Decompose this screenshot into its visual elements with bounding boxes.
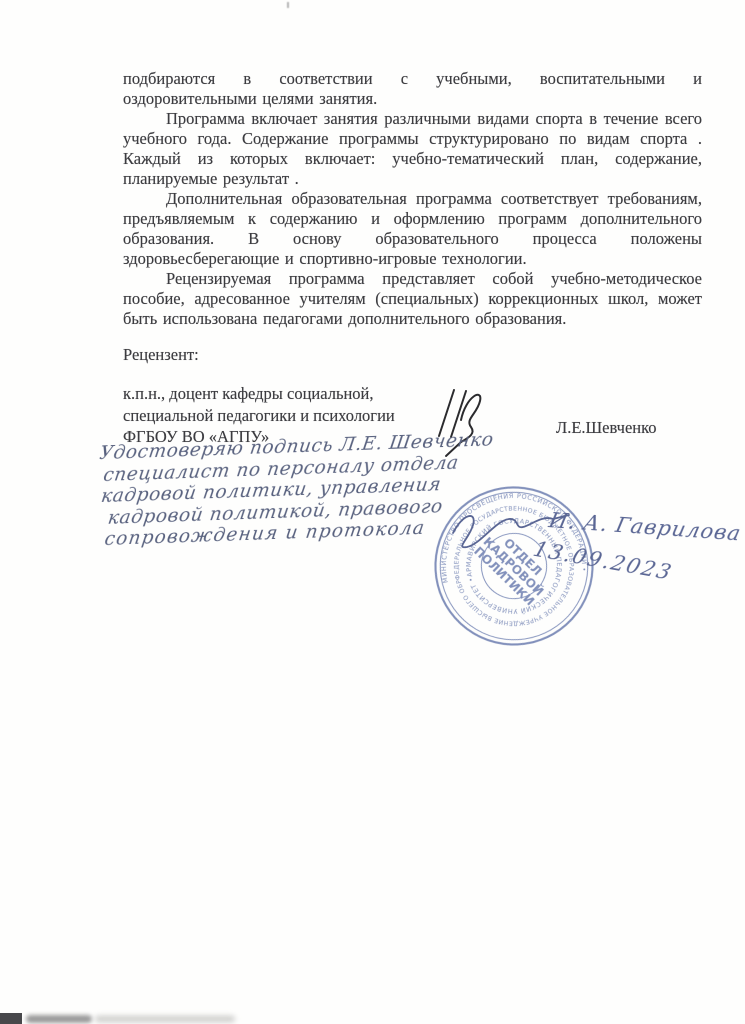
scan-speck-artifact <box>287 2 289 8</box>
reviewer-label: Рецензент: <box>123 345 199 365</box>
scan-smudge-artifact <box>26 1015 92 1023</box>
typed-text-block: подбираются в соответствии с учебными, в… <box>123 69 702 329</box>
paragraph: Программа включает занятия различными ви… <box>123 109 702 189</box>
reviewer-name: Л.Е.Шевченко <box>556 418 657 438</box>
credentials-line: к.п.н., доцент кафедры социальной, <box>123 383 395 405</box>
paragraph: подбираются в соответствии с учебными, в… <box>123 69 702 109</box>
paragraph: Рецензируемая программа представляет соб… <box>123 269 702 329</box>
scan-smudge-artifact <box>0 1013 22 1024</box>
paragraph: Дополнительная образовательная программа… <box>123 189 702 269</box>
credentials-line: специальной педагогики и психологии <box>123 405 395 427</box>
scanned-review-page: подбираются в соответствии с учебными, в… <box>0 0 745 1024</box>
scan-smudge-artifact <box>95 1016 235 1022</box>
